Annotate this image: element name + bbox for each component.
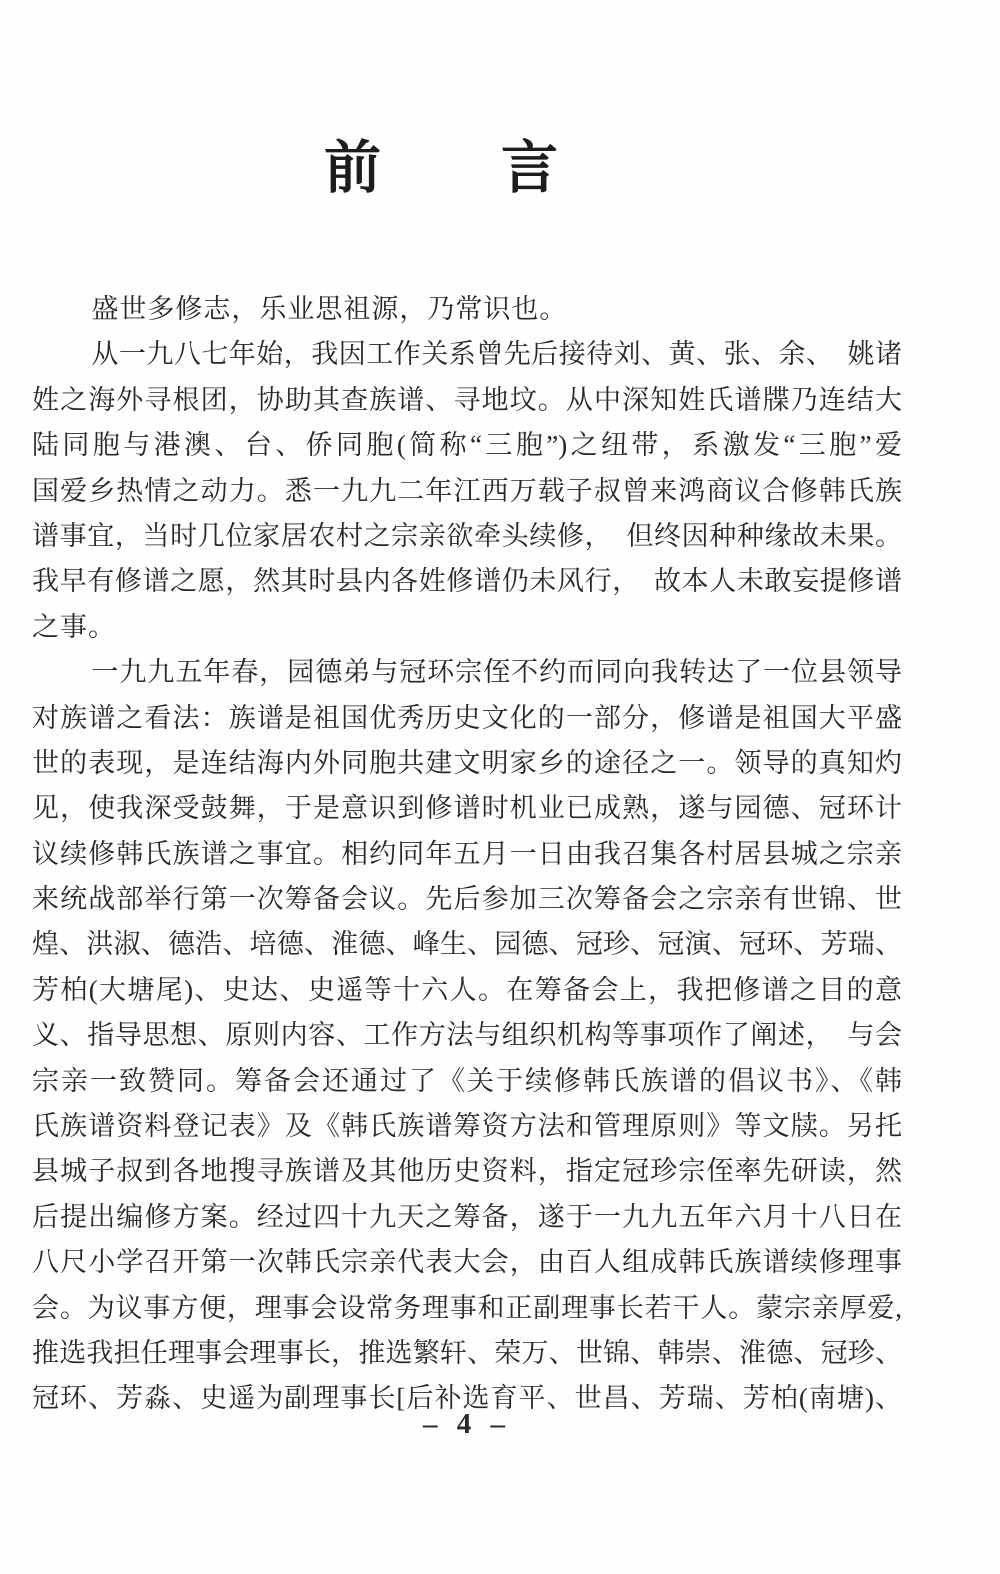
body-text: 盛世多修志，乐业思祖源，乃常识也。 从一九八七年始，我因工作关系曾先后接待刘、黄… xyxy=(32,287,902,1422)
text-line: 姓之海外寻根团，协助其查族谱、寻地坟。从中深知姓氏谱牒乃连结大 xyxy=(32,378,902,423)
text-line: 八尺小学召开第一次韩氏宗亲代表大会，由百人组成韩氏族谱续修理事 xyxy=(32,1240,902,1285)
text-line: 后提出编修方案。经过四十九天之筹备，遂于一九九五年六月十八日在 xyxy=(32,1195,902,1240)
page-number: – 4 – xyxy=(32,1408,902,1441)
text-line: 之事。 xyxy=(32,605,902,650)
text-line: 对族谱之看法：族谱是祖国优秀历史文化的一部分，修谱是祖国大平盛 xyxy=(32,696,902,741)
text-line: 推选我担任理事会理事长，推选繁轩、荣万、世锦、韩崇、淮德、冠珍、 xyxy=(32,1331,902,1376)
text-line: 议续修韩氏族谱之事宜。相约同年五月一日由我召集各村居县城之宗亲 xyxy=(32,832,902,877)
paragraph: 从一九八七年始，我因工作关系曾先后接待刘、黄、张、余、 姚诸 姓之海外寻根团，协… xyxy=(32,332,902,650)
text-line: 县城子叔到各地搜寻族谱及其他历史资料，指定冠珍宗侄率先研读，然 xyxy=(32,1149,902,1194)
text-line: 国爱乡热情之动力。悉一九九二年江西万载子叔曾来鸿商议合修韩氏族 xyxy=(32,469,902,514)
page-title: 前 言 xyxy=(32,122,852,204)
text-line: 氏族谱资料登记表》及《韩氏族谱筹资方法和管理原则》等文牍。另托 xyxy=(32,1104,902,1149)
text-line: 我早有修谱之愿，然其时县内各姓修谱仍未风行， 故本人未敢妄提修谱 xyxy=(32,559,902,604)
text-line: 芳柏(大塘尾)、史达、史遥等十六人。在筹备会上，我把修谱之目的意 xyxy=(32,968,902,1013)
text-line: 一九九五年春，园德弟与冠环宗侄不约而同向我转达了一位县领导 xyxy=(32,650,902,695)
text-line: 来统战部举行第一次筹备会议。先后参加三次筹备会之宗亲有世锦、世 xyxy=(32,877,902,922)
text-line: 见，使我深受鼓舞，于是意识到修谱时机业已成熟，遂与园德、冠环计 xyxy=(32,786,902,831)
paragraph: 盛世多修志，乐业思祖源，乃常识也。 xyxy=(32,287,902,332)
text-line: 谱事宜，当时几位家居农村之宗亲欲牵头续修， 但终因种种缘故未果。 xyxy=(32,514,902,559)
text-line: 煌、洪淑、德浩、培德、淮德、峰生、园德、冠珍、冠演、冠环、芳瑞、 xyxy=(32,922,902,967)
text-line: 宗亲一致赞同。筹备会还通过了《关于续修韩氏族谱的倡议书》、《韩 xyxy=(32,1059,902,1104)
text-line: 义、指导思想、原则内容、工作方法与组织机构等事项作了阐述， 与会 xyxy=(32,1013,902,1058)
text-line: 会。为议事方便，理事会设常务理事和正副理事长若干人。蒙宗亲厚爱, xyxy=(32,1286,902,1331)
scanned-document-page: 前 言 盛世多修志，乐业思祖源，乃常识也。 从一九八七年始，我因工作关系曾先后接… xyxy=(0,0,1000,1574)
text-line: 盛世多修志，乐业思祖源，乃常识也。 xyxy=(32,287,902,332)
text-line: 从一九八七年始，我因工作关系曾先后接待刘、黄、张、余、 姚诸 xyxy=(32,332,902,377)
text-line: 世的表现，是连结海内外同胞共建文明家乡的途径之一。领导的真知灼 xyxy=(32,741,902,786)
paragraph: 一九九五年春，园德弟与冠环宗侄不约而同向我转达了一位县领导 对族谱之看法：族谱是… xyxy=(32,650,902,1422)
text-line: 陆同胞与港澳、台、侨同胞(简称“三胞”)之纽带，系激发“三胞”爱 xyxy=(32,423,902,468)
